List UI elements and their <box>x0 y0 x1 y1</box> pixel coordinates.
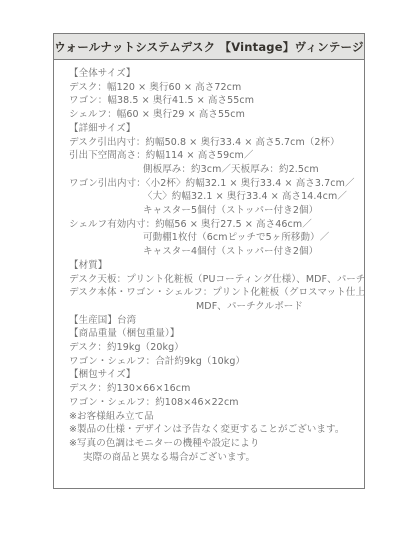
spec-line: デスク天板：プリント化粧板（PUコーティング仕様）、MDF、パーチクルボード <box>69 273 358 287</box>
spec-line: 【梱包サイズ】 <box>69 368 358 382</box>
spec-header-bar: ウォールナットシステムデスク 【Vintage】ヴィンテージ <box>54 34 364 60</box>
spec-line: 〈大〉約幅32.1 × 奥行33.4 × 高さ14.4cm／ <box>69 190 358 204</box>
spec-line: MDF、パーチクルボード <box>69 300 358 314</box>
spec-line: 【生産国】台湾 <box>69 314 358 328</box>
spec-line: 側板厚み：約3cm／天板厚み：約2.5cm <box>69 163 358 177</box>
spec-line: ワゴン：幅38.5 × 奥行41.5 × 高さ55cm <box>69 94 358 108</box>
spec-line: デスク：幅120 × 奥行60 × 高さ72cm <box>69 81 358 95</box>
spec-content: 【全体サイズ】デスク：幅120 × 奥行60 × 高さ72cmワゴン：幅38.5… <box>54 60 364 488</box>
spec-line: 引出下空間高さ：約幅114 × 高さ59cm／ <box>69 149 358 163</box>
spec-line: 【詳細サイズ】 <box>69 122 358 136</box>
spec-line: 【商品重量（梱包重量）】 <box>69 327 358 341</box>
spec-line: 【全体サイズ】 <box>69 67 358 81</box>
spec-line: シェルフ有効内寸：約幅56 × 奥行27.5 × 高さ46cm／ <box>69 218 358 232</box>
spec-line: ワゴン・シェルフ：合計約9kg（10kg） <box>69 355 358 369</box>
spec-line: シェルフ：幅60 × 奥行29 × 高さ55cm <box>69 108 358 122</box>
spec-line: ※写真の色調はモニターの機種や設定により <box>69 437 358 451</box>
spec-line: デスク：約130×66×16cm <box>69 382 358 396</box>
product-title: ウォールナットシステムデスク 【Vintage】ヴィンテージ <box>54 39 363 55</box>
spec-line: 可動棚1枚付（6cmピッチで5ヶ所移動）／ <box>69 231 358 245</box>
spec-line: キャスター5個付（ストッパー付き2個） <box>69 204 358 218</box>
spec-line: 実際の商品と異なる場合がございます。 <box>69 451 358 465</box>
spec-line: ワゴン引出内寸：〈小2杯〉約幅32.1 × 奥行33.4 × 高さ3.7cm／ <box>69 177 358 191</box>
spec-line: デスク本体・ワゴン・シェルフ：プリント化粧板（グロスマット仕上げ）、 <box>69 286 358 300</box>
spec-line: 【材質】 <box>69 259 358 273</box>
spec-line: デスク：約19kg（20kg） <box>69 341 358 355</box>
spec-line: デスク引出内寸：約幅50.8 × 奥行33.4 × 高さ5.7cm（2杯） <box>69 136 358 150</box>
spec-line: ※製品の仕様・デザインは予告なく変更することがございます。 <box>69 423 358 437</box>
spec-sheet-box: ウォールナットシステムデスク 【Vintage】ヴィンテージ 【全体サイズ】デス… <box>53 33 365 489</box>
spec-line: ワゴン・シェルフ：約108×46×22cm <box>69 396 358 410</box>
spec-line: ※お客様組み立て品 <box>69 410 358 424</box>
spec-line: キャスター4個付（ストッパー付き2個） <box>69 245 358 259</box>
